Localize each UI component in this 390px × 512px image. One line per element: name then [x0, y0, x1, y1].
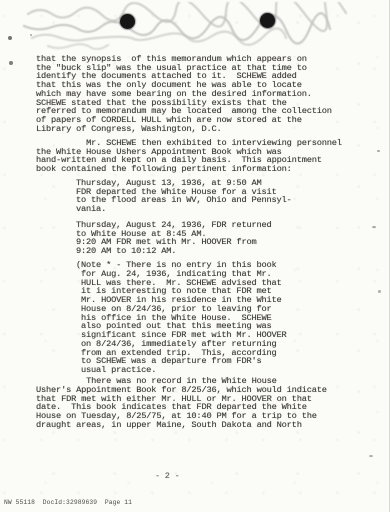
scan-artifact: [30, 34, 32, 36]
page-number: - 2 -: [155, 472, 180, 481]
note-block: (Note * - There is no entry in this book…: [76, 261, 287, 375]
illegible-handwriting-smudge: [18, 2, 382, 50]
scan-artifact: [378, 290, 381, 293]
body-paragraph-1: that the synopsis of this memorandum whi…: [36, 55, 332, 133]
appointment-entry-aug-24: Thursday, August 24, 1936, FDR returned …: [76, 221, 272, 256]
body-paragraph-3: There was no record in the White House U…: [36, 377, 327, 430]
appointment-entry-aug-13: Thursday, August 13, 1936, at 9:50 AM FD…: [76, 179, 292, 214]
hole-punch-mark: [120, 14, 135, 29]
scan-artifact: [8, 36, 12, 40]
hole-punch-mark: [260, 13, 275, 28]
scan-artifact: [372, 226, 376, 228]
archive-footer: NW 55118 DocId:32989639 Page 11: [4, 499, 132, 508]
scan-artifact: [377, 150, 380, 152]
scanned-document-page: that the synopsis of this memorandum whi…: [0, 0, 390, 512]
scan-artifact: [369, 455, 373, 457]
scan-artifact: [9, 61, 13, 65]
body-paragraph-2: Mr. SCHEWE then exhibited to interviewin…: [36, 139, 342, 174]
